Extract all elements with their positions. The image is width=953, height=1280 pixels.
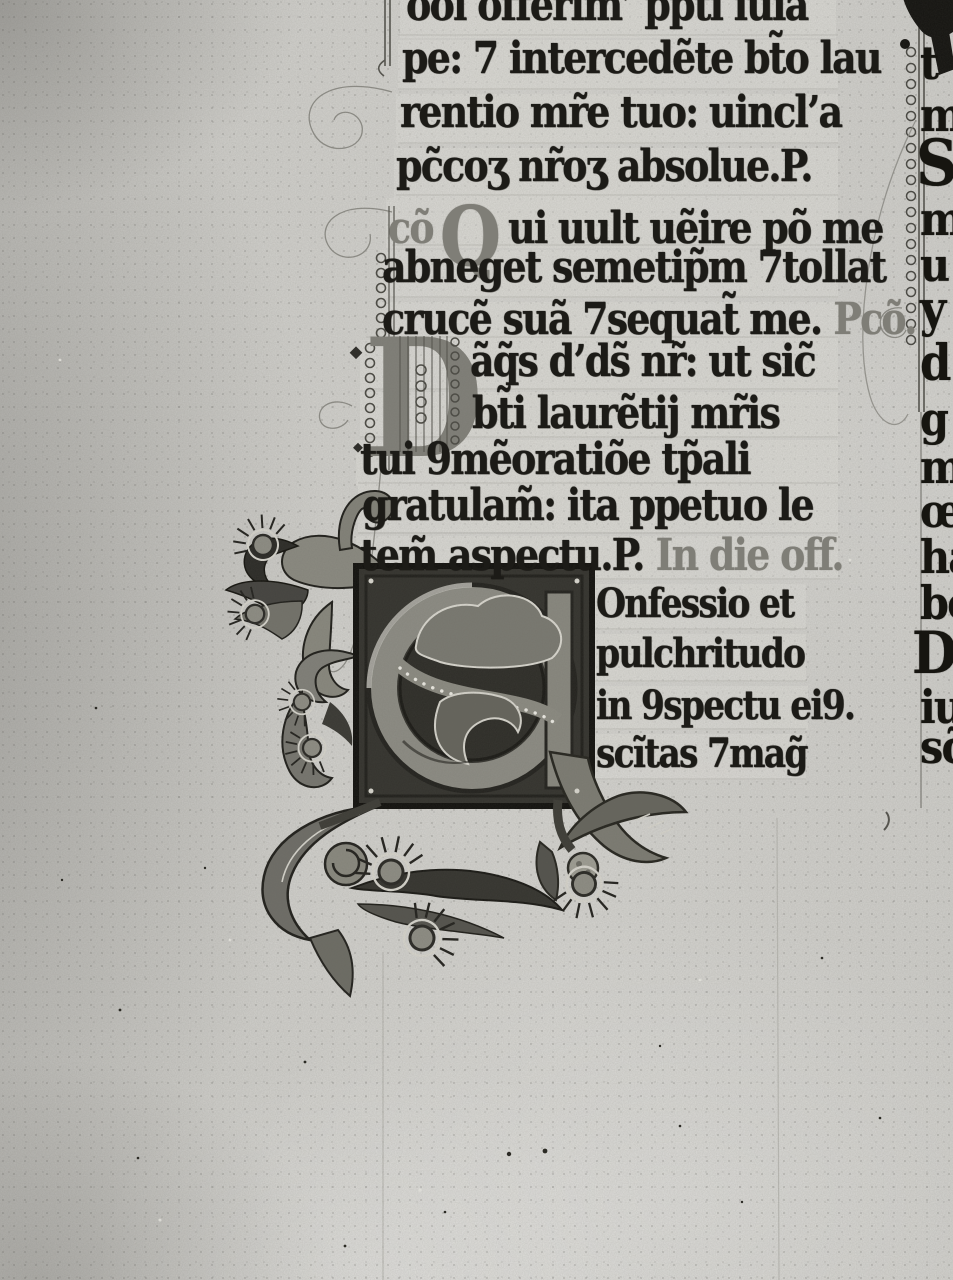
manuscript-text-line: ãq̃s d’ds̃ nr̃: ut sic̃ (470, 340, 815, 384)
line-text: tem̃ aspectu.P. (360, 530, 644, 581)
right-column-fragment: ha (920, 534, 953, 580)
rubric-postcommunio: Pcõ. (833, 294, 915, 345)
manuscript-text-line: tem̃ aspectu.P.In die off. (360, 534, 843, 578)
text-layer: ool offerim’ ppti iuia pe: 7 intercedẽte… (0, 0, 953, 1280)
manuscript-text-line: abneget semetip̃m 7tollat (382, 246, 885, 290)
manuscript-text-line: tui 9mẽoratiõe tp̃ali (360, 438, 750, 482)
manuscript-text-line: ool offerim’ ppti iuia (406, 0, 807, 28)
side-text-line: scĩtas 7mag̃ (596, 734, 807, 774)
side-text-line: in 9spectu ei9. (596, 686, 854, 726)
manuscript-text-line: bt̃i laurẽtij mr̃is (472, 392, 779, 436)
right-column-fragment: Di (912, 624, 953, 682)
right-column-fragment: y (920, 284, 944, 334)
right-column-fragment: S (916, 132, 953, 196)
manuscript-photo-page: D (0, 0, 953, 1280)
manuscript-text-line: rentio mr̃e tuo: uincl’a (400, 91, 841, 135)
side-text-line: Onfessio et (596, 584, 793, 624)
right-column-fragment: t (920, 40, 937, 86)
manuscript-text-line: pc̃coʒ nr̃oʒ absolue.P. (396, 145, 812, 189)
right-column-fragment: œ (920, 488, 953, 534)
right-column-fragment: sc̃ (920, 724, 953, 770)
right-column-fragment: m (920, 196, 953, 242)
rubric-in-die-officium: In die off. (656, 530, 843, 581)
manuscript-text-line: pe: 7 intercedẽte bt̃o lau (402, 37, 881, 81)
right-column-fragment: d (920, 338, 950, 388)
side-text-line: pulchritudo (596, 634, 804, 674)
manuscript-text-line: gratulam̃: ita ppetuo le (362, 484, 813, 528)
right-column-fragment: g (920, 396, 947, 442)
